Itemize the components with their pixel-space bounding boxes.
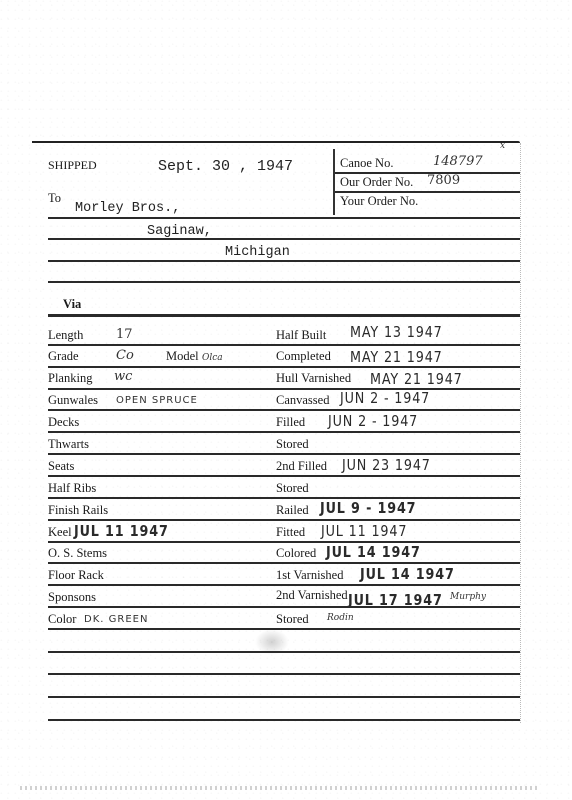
field-os-stems-label: O. S. Stems — [48, 546, 107, 561]
rule — [48, 409, 520, 411]
field-gunwales-label: Gunwales — [48, 393, 98, 408]
rule — [48, 673, 520, 675]
field-stored-3-label: Stored — [276, 612, 309, 627]
field-2nd-varnished-label: 2nd Varnished — [276, 588, 348, 603]
field-color-label: Color — [48, 612, 76, 627]
field-decks-label: Decks — [48, 415, 79, 430]
address-line-1: Morley Bros., — [75, 201, 180, 216]
scan-edge-noise — [20, 786, 540, 790]
field-planking-value: wc — [114, 369, 132, 384]
field-model-label: Model — [166, 349, 199, 364]
rule — [48, 541, 520, 543]
top-border — [32, 141, 520, 143]
rule — [48, 519, 520, 521]
rule — [335, 191, 520, 193]
field-thwarts-label: Thwarts — [48, 437, 89, 452]
field-model-value: Olca — [202, 353, 223, 363]
rule — [48, 453, 520, 455]
field-hull-varnished-value: MAY 21 1947 — [370, 370, 463, 388]
canoe-no-mark: x — [500, 141, 505, 151]
field-canvassed-label: Canvassed — [276, 393, 329, 408]
field-half-built-value: MAY 13 1947 — [350, 323, 443, 341]
field-railed-label: Railed — [276, 503, 309, 518]
field-colored-value: JUL 14 1947 — [326, 543, 421, 561]
field-keel-label: Keel — [48, 525, 72, 540]
rule — [48, 696, 520, 698]
rule — [48, 281, 520, 283]
field-sponsons-label: Sponsons — [48, 590, 96, 605]
field-2nd-filled-value: JUN 23 1947 — [342, 456, 431, 474]
field-canvassed-value: JUN 2 - 1947 — [340, 389, 430, 407]
rule — [48, 217, 520, 219]
canoe-no-label: Canoe No. — [340, 156, 393, 171]
field-railed-value: JUL 9 - 1947 — [320, 499, 416, 517]
field-filled-label: Filled — [276, 415, 305, 430]
canoe-build-record-card: SHIPPED Sept. 30 , 1947 Canoe No. 148797… — [30, 141, 523, 721]
rule — [48, 344, 520, 346]
your-order-label: Your Order No. — [340, 194, 418, 209]
rule — [48, 719, 520, 721]
rule — [48, 238, 520, 240]
field-filled-value: JUN 2 - 1947 — [328, 412, 418, 430]
our-order-label: Our Order No. — [340, 175, 413, 190]
field-grade-label: Grade — [48, 349, 79, 364]
field-2nd-varnished-initials: Murphy — [450, 592, 486, 602]
canoe-no-value: 148797 — [433, 154, 483, 169]
field-stored-2-label: Stored — [276, 481, 309, 496]
field-hull-varnished-label: Hull Varnished — [276, 371, 351, 386]
field-finish-rails-label: Finish Rails — [48, 503, 108, 518]
rule — [48, 431, 520, 433]
field-length-value: 17 — [116, 327, 133, 342]
field-2nd-filled-label: 2nd Filled — [276, 459, 327, 474]
rule — [48, 260, 520, 262]
our-order-value: 7809 — [427, 173, 460, 188]
field-colored-label: Colored — [276, 546, 316, 561]
field-floor-rack-label: Floor Rack — [48, 568, 104, 583]
field-stored-1-label: Stored — [276, 437, 309, 452]
rule — [48, 475, 520, 477]
right-edge — [520, 143, 521, 723]
field-grade-value: Co — [116, 348, 134, 363]
field-seats-label: Seats — [48, 459, 74, 474]
field-completed-value: MAY 21 1947 — [350, 348, 443, 366]
rule — [48, 562, 520, 564]
shipped-date: Sept. 30 , 1947 — [158, 158, 293, 175]
field-completed-label: Completed — [276, 349, 331, 364]
field-half-built-label: Half Built — [276, 328, 326, 343]
field-color-value: DK. GREEN — [84, 614, 148, 625]
shipped-label: SHIPPED — [48, 158, 97, 173]
order-box-divider — [333, 149, 335, 215]
rule — [48, 651, 520, 653]
field-fitted-label: Fitted — [276, 525, 305, 540]
field-half-ribs-label: Half Ribs — [48, 481, 96, 496]
field-stored-3-initials: Rodin — [327, 613, 354, 623]
field-fitted-value: JUL 11 1947 — [321, 522, 407, 540]
to-label: To — [48, 191, 61, 206]
rule — [48, 314, 520, 317]
field-1st-varnished-label: 1st Varnished — [276, 568, 343, 583]
rule — [48, 584, 520, 586]
field-planking-label: Planking — [48, 371, 92, 386]
field-1st-varnished-value: JUL 14 1947 — [360, 565, 455, 583]
rule — [48, 497, 520, 499]
address-line-3: Michigan — [225, 245, 290, 260]
via-label: Via — [63, 297, 81, 312]
field-length-label: Length — [48, 328, 83, 343]
field-gunwales-value: OPEN SPRUCE — [116, 395, 198, 406]
rule — [48, 366, 520, 368]
rule — [48, 606, 520, 608]
field-keel-value: JUL 11 1947 — [74, 522, 169, 540]
rule — [48, 388, 520, 390]
address-line-2: Saginaw, — [147, 224, 212, 239]
